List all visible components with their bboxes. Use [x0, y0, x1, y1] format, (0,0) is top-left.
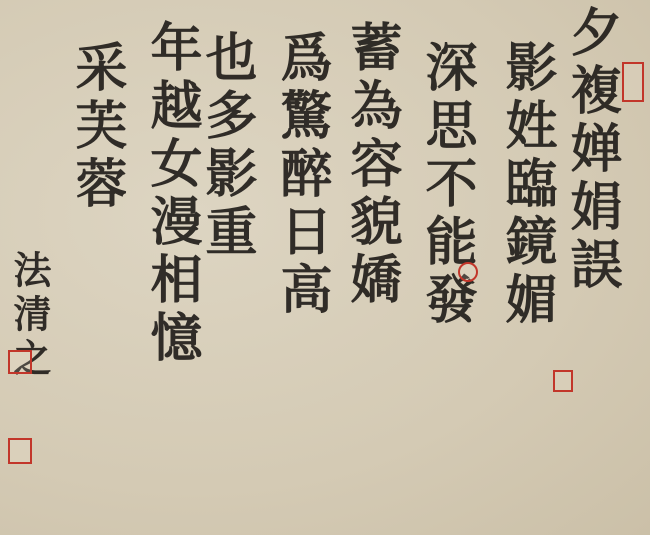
calligraphy-column: 深思不能發 — [420, 40, 472, 330]
calligraphy-column: 年越女漫相憶 — [145, 20, 197, 368]
seal-mid-right-icon — [553, 370, 573, 392]
calligraphy-column: 蓄為容貌嬌 — [345, 20, 397, 310]
calligraphy-column: 夕複婵娟誤 — [565, 5, 617, 295]
calligraphy-artwork: 夕複婵娟誤影姓臨鏡媚深思不能發蓄為容貌嬌爲驚醉日高也多影重年越女漫相憶采芙蓉法清… — [0, 0, 650, 535]
seal-signature-2-icon — [8, 438, 32, 464]
calligraphy-column: 采芙蓉 — [70, 40, 122, 214]
seal-top-right-icon — [622, 62, 644, 102]
seal-mid-round-icon — [458, 262, 478, 282]
calligraphy-column: 也多影重 — [200, 30, 252, 262]
seal-signature-1-icon — [8, 350, 32, 374]
calligraphy-column: 爲驚醉日高 — [275, 30, 327, 320]
calligraphy-column: 影姓臨鏡媚 — [500, 40, 552, 330]
